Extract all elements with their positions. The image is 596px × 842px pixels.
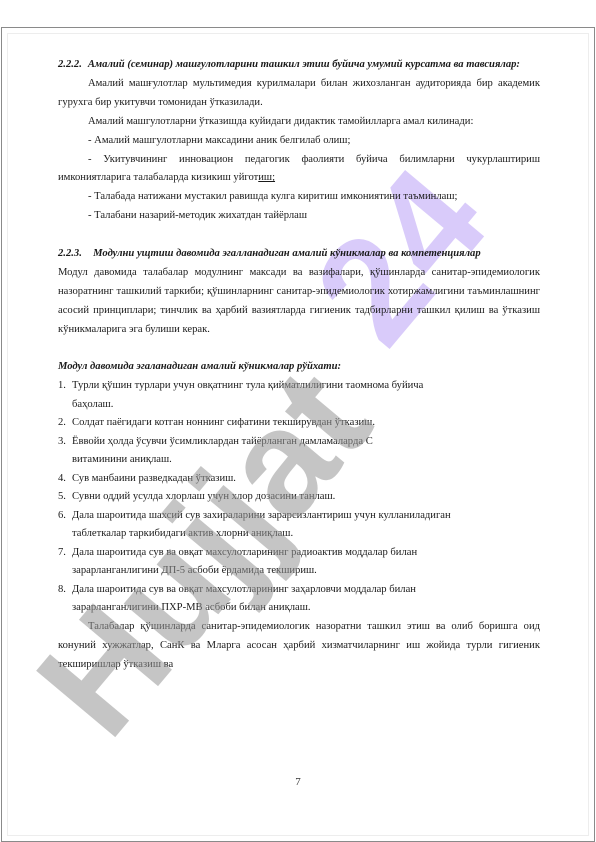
skills-list-title: Модул давомида эгаланадиган амалий кўник… [58,358,540,377]
list-item: 7.Дала шароитида сув ва овқат махсулотла… [58,544,540,581]
section-number: 2.2.2. [58,59,82,70]
list-item-text: Солдат паёгидаги котган ноннинг сифатини… [72,417,375,428]
paragraph: Амалий машғулотлар мультимедия курилмала… [58,75,540,113]
dash-list-item: - Талабани назарий-методик жихатдан тайё… [58,207,540,226]
page-number: 7 [0,776,596,788]
list-item: 4.Сув манбаини разведкадан ўтказиш. [58,470,540,489]
list-item: 6.Дала шароитида шахсий сув захираларини… [58,507,540,544]
section-title: Амалий (семинар) машғулотларини ташкил э… [88,59,520,70]
list-item-text: Сув манбаини разведкадан ўтказиш. [72,473,236,484]
underlined-text: иш; [258,172,275,183]
page-content: 2.2.2.Амалий (семинар) машғулотларини та… [58,56,540,675]
list-number: 4. [58,470,66,489]
list-item: 8.Дала шароитида сув ва овқат махсулотла… [58,581,540,618]
list-number: 7. [58,544,66,563]
list-item-text: таблеткалар таркибидаги актив хлорни ани… [72,525,540,544]
section-title: Модулни ущтиш давомида эгалланадиган ама… [93,248,480,259]
list-item-text: Дала шароитида сув ва овқат махсулотлари… [72,547,417,558]
spacer [58,340,540,359]
list-item-text: Сувни оддий усулда хлорлаш учун хлор доз… [72,491,335,502]
skills-list: 1.Турли қўшин турлари учун овқатнинг тул… [58,377,540,618]
list-item: 1.Турли қўшин турлари учун овқатнинг тул… [58,377,540,414]
list-item-text: зарарланганлигини ПХР-МВ асбоби билан ан… [72,599,540,618]
list-number: 8. [58,581,66,600]
section-heading-2-2-3: 2.2.3. Модулни ущтиш давомида эгалланади… [58,245,540,264]
list-item-text: Дала шароитида сув ва овқат махсулотлари… [72,584,416,595]
list-number: 3. [58,433,66,452]
section-number: 2.2.3. [58,248,82,259]
list-item-text: Ёввойи ҳолда ўсувчи ўсимликлардан тайёрл… [72,436,373,447]
spacer [58,226,540,245]
list-number: 2. [58,414,66,433]
list-item-text: Дала шароитида шахсий сув захираларини з… [72,510,451,521]
list-item-text: витаминини аниқлаш. [72,451,540,470]
list-number: 5. [58,488,66,507]
dash-list-item: - Укитувчининг инновацион педагогик фаол… [58,151,540,189]
list-item-text: баҳолаш. [72,396,540,415]
dash-list-item: - Амалий машгулотларни максадини аник бе… [58,132,540,151]
dash-list-item: - Талабада натижани мустакил равишда кул… [58,188,540,207]
dash-list-item-text: - Укитувчининг инновацион педагогик фаол… [58,154,540,184]
list-number: 1. [58,377,66,396]
list-item: 3.Ёввойи ҳолда ўсувчи ўсимликлардан тайё… [58,433,540,470]
closing-paragraph: Талабалар қўшинларда санитар-эпидемиолог… [58,618,540,675]
list-item-text: зарарланганлигини ДП-5 асбоби ёрдамида т… [72,562,540,581]
list-item-text: Турли қўшин турлари учун овқатнинг тула … [72,380,423,391]
list-item: 2.Солдат паёгидаги котган ноннинг сифати… [58,414,540,433]
paragraph: Модул давомида талабалар модулнинг макса… [58,264,540,340]
paragraph: Амалий машгулотларни ўтказишда куйидаги … [58,113,540,132]
section-heading-2-2-2: 2.2.2.Амалий (семинар) машғулотларини та… [58,56,540,75]
list-number: 6. [58,507,66,526]
list-item: 5.Сувни оддий усулда хлорлаш учун хлор д… [58,488,540,507]
